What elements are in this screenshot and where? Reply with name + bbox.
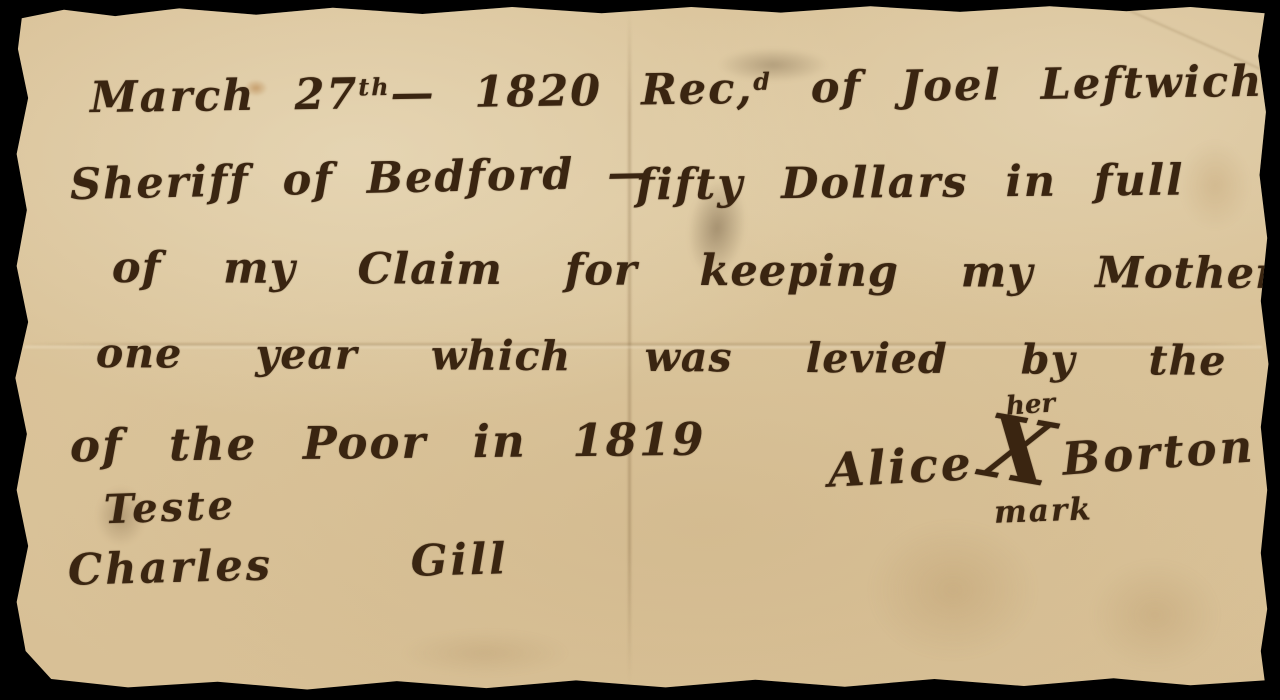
received-superscript: d xyxy=(753,68,772,96)
signature-x-mark: X xyxy=(977,401,1060,500)
stain-bottom-right-2 xyxy=(1090,560,1220,670)
signature-given-name: Alice xyxy=(827,440,975,495)
stain-bottom-right xyxy=(868,520,1038,660)
receipt-line-2-left: Sheriff of Bedford — xyxy=(70,152,653,207)
stain-bottom-left xyxy=(400,630,570,676)
teste-label: Teste xyxy=(103,486,236,531)
receipt-line-2-right: fifty Dollars in full xyxy=(636,160,1185,208)
witness-name: Charles Gill xyxy=(68,538,510,593)
receipt-line-1: March 27th— 1820 Rec,d of Joel Leftwich … xyxy=(90,59,1280,120)
signature-mark-word-mark: mark xyxy=(993,494,1093,528)
receipt-line-4: one year which was levied by the oversee… xyxy=(96,333,1280,384)
signature-surname: Borton xyxy=(1061,423,1257,481)
payer-name-text: of Joel Leftwich late xyxy=(772,55,1280,114)
date-text: March 27 xyxy=(90,69,359,123)
stain-mid-right xyxy=(1180,140,1250,230)
ordinal-superscript: th xyxy=(358,73,390,101)
paper-sheet: March 27th— 1820 Rec,d of Joel Leftwich … xyxy=(0,0,1280,700)
year-received-text: — 1820 Rec, xyxy=(390,64,754,119)
receipt-line-5: of the Poor in 1819 xyxy=(70,417,706,469)
scan-background: March 27th— 1820 Rec,d of Joel Leftwich … xyxy=(0,0,1280,700)
receipt-line-3: of my Claim for keeping my Mother xyxy=(112,247,1279,296)
